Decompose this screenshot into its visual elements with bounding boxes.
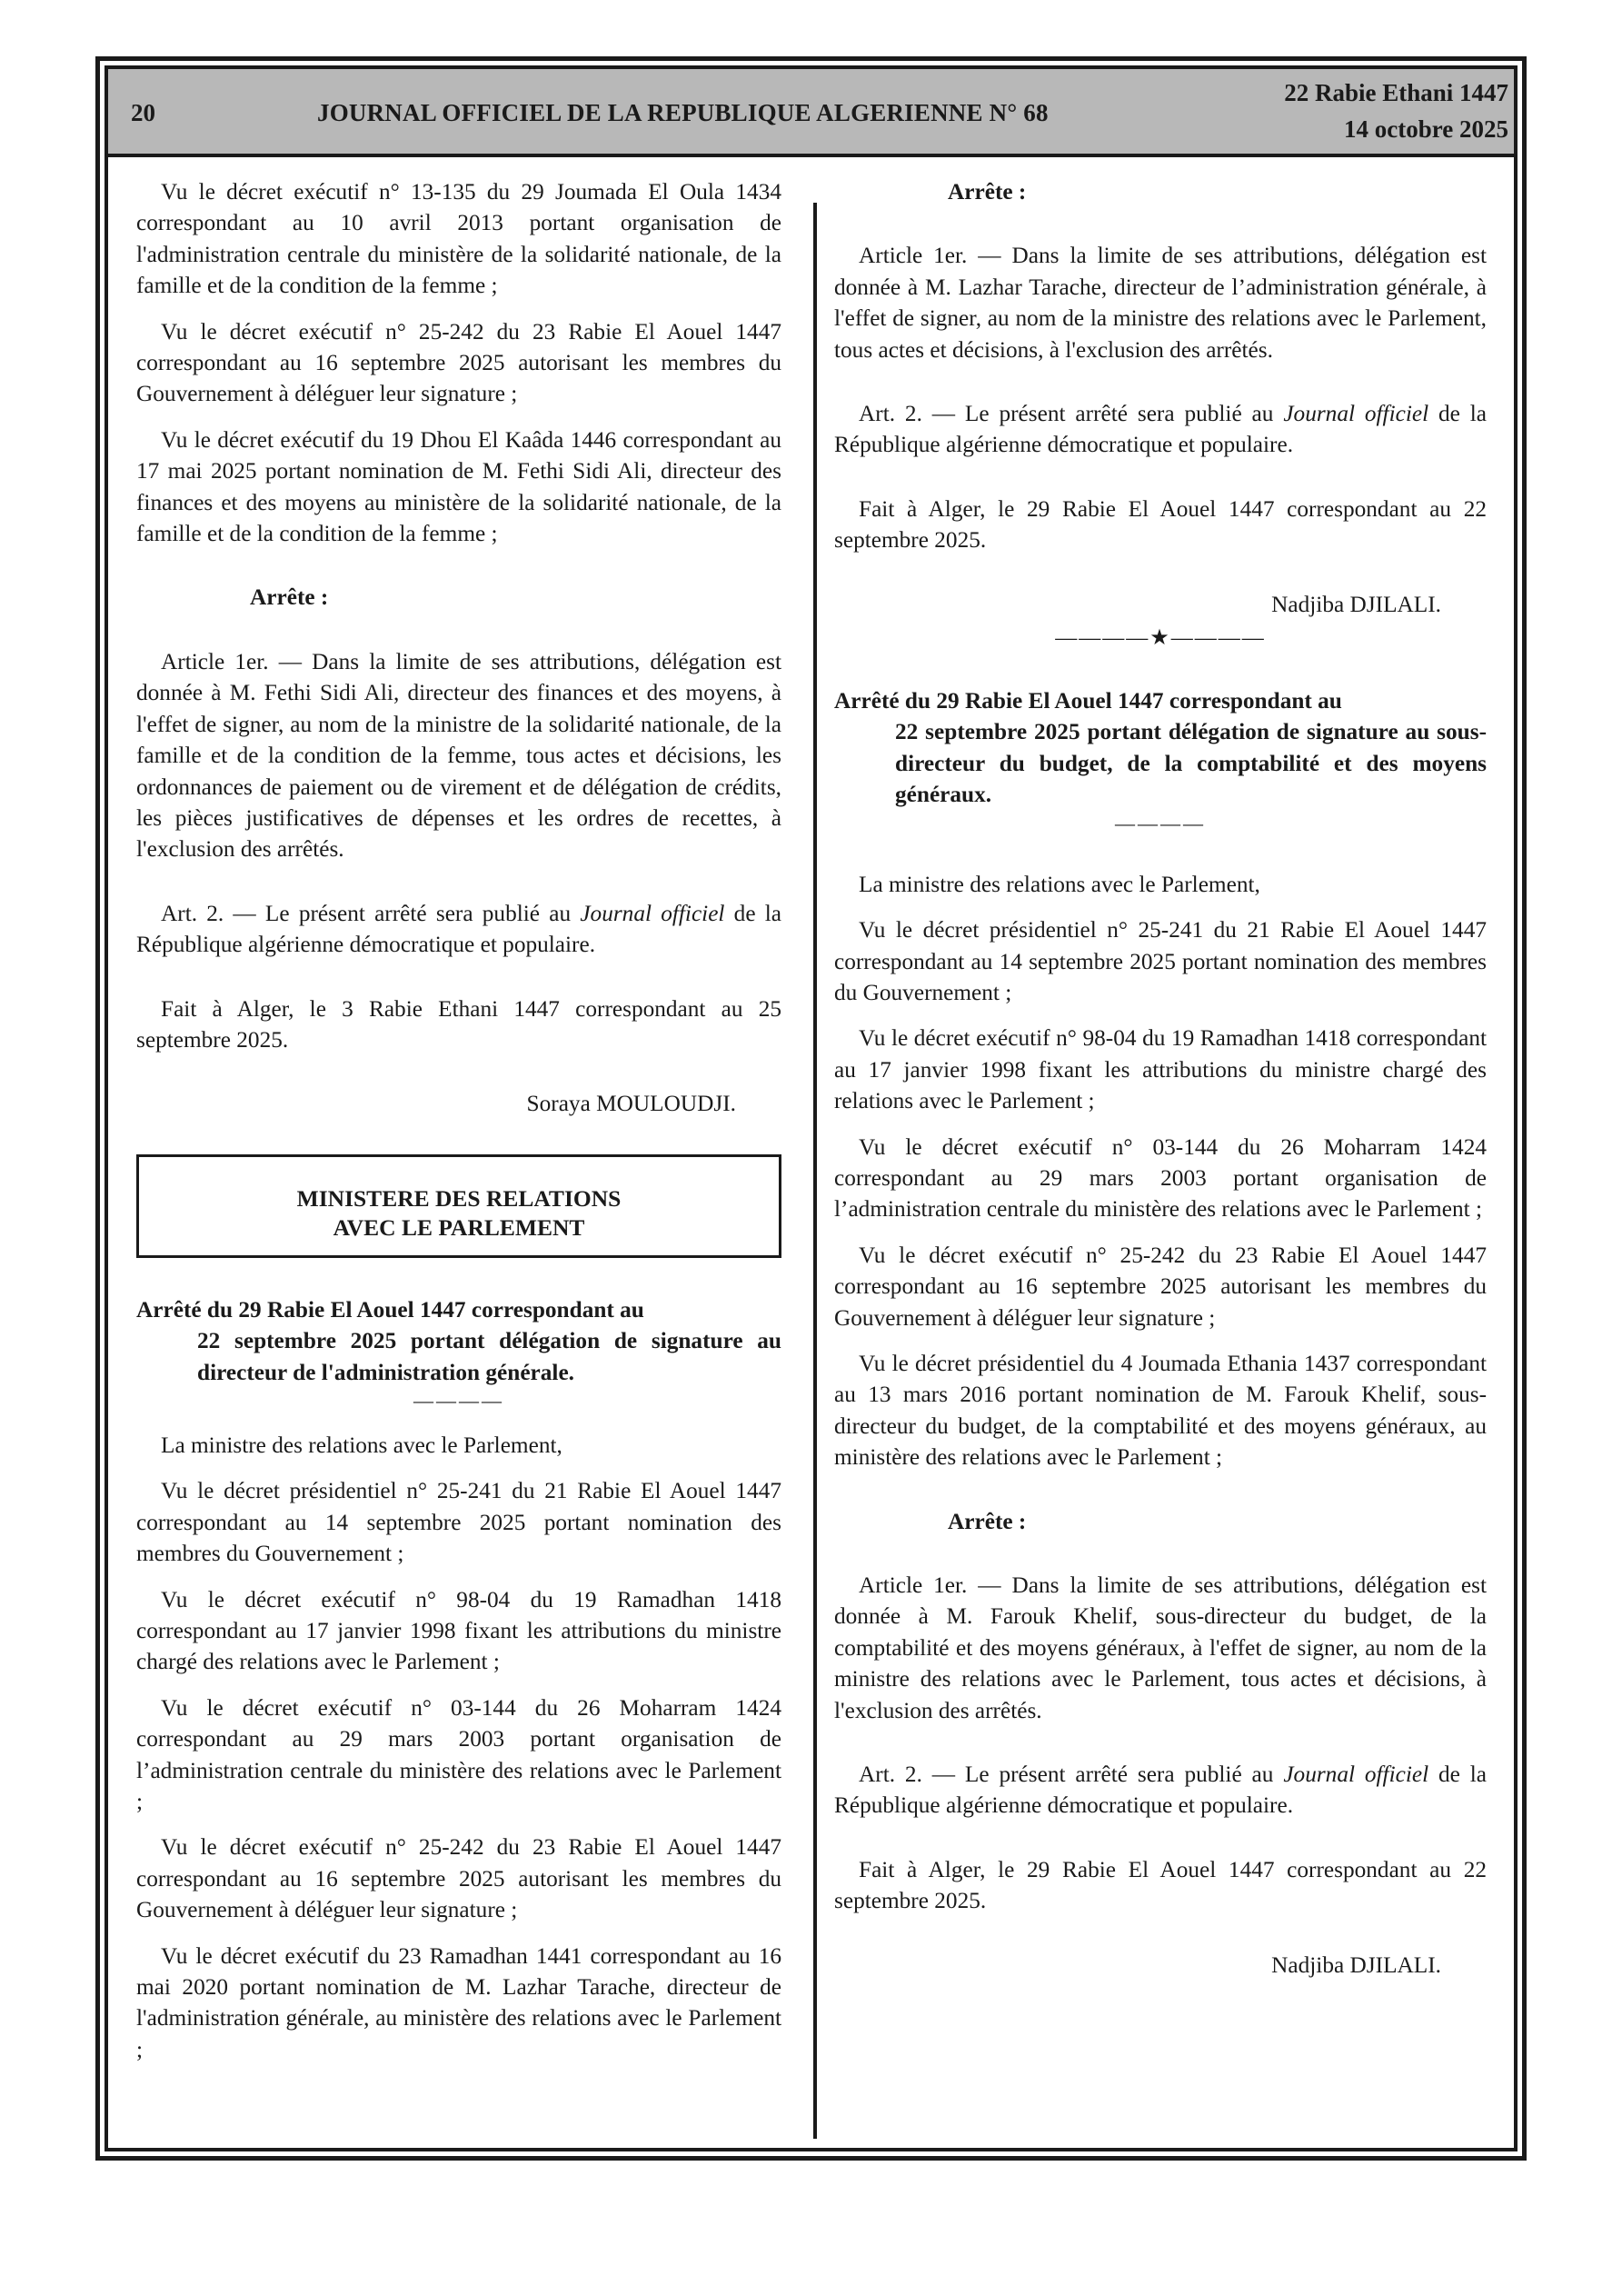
journal-officiel-italic: Journal officiel [1283, 401, 1428, 426]
decree-title-line: Arrêté du 29 Rabie El Aouel 1447 corresp… [136, 1294, 781, 1325]
article-2-text: Art. 2. — Le présent arrêté sera publié … [161, 901, 580, 926]
decree-title: Arrêté du 29 Rabie El Aouel 1447 corresp… [834, 685, 1487, 811]
decree-title: Arrêté du 29 Rabie El Aouel 1447 corresp… [136, 1294, 781, 1388]
column-divider [813, 203, 817, 2139]
fait-a-alger: Fait à Alger, le 3 Rabie Ethani 1447 cor… [136, 993, 781, 1056]
signatory: Nadjiba DJILALI. [834, 589, 1487, 620]
visa-paragraph: Vu le décret exécutif n° 03-144 du 26 Mo… [834, 1132, 1487, 1225]
article-2-text: Art. 2. — Le présent arrêté sera publié … [859, 1762, 1283, 1787]
article-2: Art. 2. — Le présent arrêté sera publié … [136, 898, 781, 961]
page-frame: 20 JOURNAL OFFICIEL DE LA REPUBLIQUE ALG… [95, 56, 1527, 2161]
ministry-heading-box: MINISTERE DES RELATIONS AVEC LE PARLEMEN… [136, 1154, 781, 1258]
decree-title-line: Arrêté du 29 Rabie El Aouel 1447 corresp… [834, 685, 1487, 716]
visa-paragraph: Vu le décret exécutif du 23 Ramadhan 144… [136, 1941, 781, 2066]
preamble: La ministre des relations avec le Parlem… [834, 869, 1487, 900]
visa-paragraph: Vu le décret présidentiel du 4 Joumada E… [834, 1348, 1487, 1473]
ministry-heading-line: AVEC LE PARLEMENT [139, 1213, 779, 1243]
page-number: 20 [131, 99, 155, 127]
visa-paragraph: Vu le décret exécutif n° 25-242 du 23 Ra… [136, 316, 781, 410]
page-inner-frame: 20 JOURNAL OFFICIEL DE LA REPUBLIQUE ALG… [104, 65, 1518, 2151]
decree-title-rest: 22 septembre 2025 portant délégation de … [136, 1325, 781, 1388]
journal-officiel-italic: Journal officiel [1283, 1762, 1428, 1787]
visa-paragraph: Vu le décret exécutif n° 25-242 du 23 Ra… [136, 1832, 781, 1925]
journal-title: JOURNAL OFFICIEL DE LA REPUBLIQUE ALGERI… [317, 99, 1049, 127]
visa-paragraph: Vu le décret présidentiel n° 25-241 du 2… [136, 1475, 781, 1569]
arrete-heading: Arrête : [136, 582, 781, 613]
article-1: Article 1er. — Dans la limite de ses att… [834, 1570, 1487, 1726]
issue-date-hijri: 22 Rabie Ethani 1447 [1284, 75, 1508, 111]
signatory: Nadjiba DJILALI. [834, 1950, 1487, 1981]
arrete-heading: Arrête : [834, 176, 1487, 207]
star-separator: ————★———— [834, 625, 1487, 651]
preamble: La ministre des relations avec le Parlem… [136, 1430, 781, 1461]
visa-paragraph: Vu le décret exécutif n° 25-242 du 23 Ra… [834, 1240, 1487, 1333]
issue-date: 22 Rabie Ethani 1447 14 octobre 2025 [1284, 75, 1508, 147]
fait-a-alger: Fait à Alger, le 29 Rabie El Aouel 1447 … [834, 1854, 1487, 1917]
visa-paragraph: Vu le décret exécutif n° 98-04 du 19 Ram… [834, 1023, 1487, 1116]
visa-paragraph: Vu le décret exécutif du 19 Dhou El Kaâd… [136, 424, 781, 550]
arrete-heading: Arrête : [834, 1506, 1487, 1537]
article-2: Art. 2. — Le présent arrêté sera publié … [834, 1759, 1487, 1822]
journal-header: 20 JOURNAL OFFICIEL DE LA REPUBLIQUE ALG… [108, 69, 1514, 157]
ministry-heading-line: MINISTERE DES RELATIONS [139, 1184, 779, 1213]
visa-paragraph: Vu le décret présidentiel n° 25-241 du 2… [834, 914, 1487, 1008]
article-1: Article 1er. — Dans la limite de ses att… [136, 646, 781, 865]
article-2: Art. 2. — Le présent arrêté sera publié … [834, 398, 1487, 461]
article-2-text: Art. 2. — Le présent arrêté sera publié … [859, 401, 1283, 426]
issue-date-gregorian: 14 octobre 2025 [1284, 111, 1508, 147]
signatory: Soraya MOULOUDJI. [136, 1088, 781, 1119]
fait-a-alger: Fait à Alger, le 29 Rabie El Aouel 1447 … [834, 494, 1487, 556]
journal-officiel-italic: Journal officiel [580, 901, 724, 926]
visa-paragraph: Vu le décret exécutif n° 13-135 du 29 Jo… [136, 176, 781, 302]
dash-separator: ———— [136, 1388, 781, 1413]
decree-title-rest: 22 septembre 2025 portant délégation de … [834, 716, 1487, 810]
article-1: Article 1er. — Dans la limite de ses att… [834, 240, 1487, 365]
visa-paragraph: Vu le décret exécutif n° 98-04 du 19 Ram… [136, 1584, 781, 1678]
right-column: Arrête : Article 1er. — Dans la limite d… [834, 176, 1487, 2001]
dash-separator: ———— [834, 811, 1487, 836]
left-column: Vu le décret exécutif n° 13-135 du 29 Jo… [136, 176, 781, 2080]
visa-paragraph: Vu le décret exécutif n° 03-144 du 26 Mo… [136, 1692, 781, 1818]
